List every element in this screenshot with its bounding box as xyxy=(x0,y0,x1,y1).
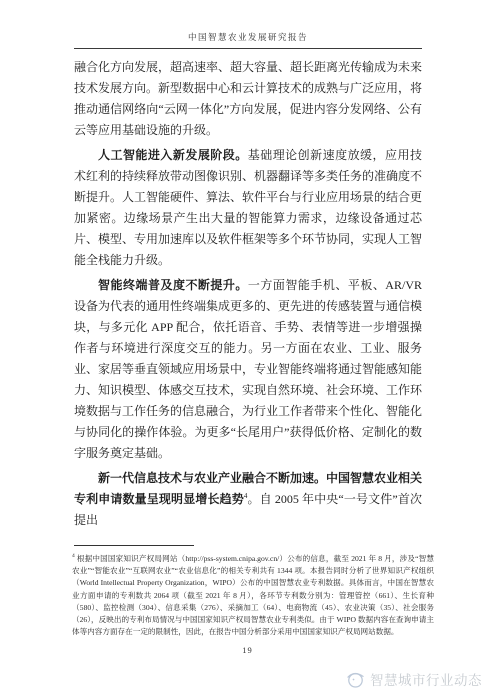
swirl-logo-icon xyxy=(346,670,365,689)
page-number: 19 xyxy=(0,645,495,655)
paragraph-lead: 人工智能进入新发展阶段。 xyxy=(98,148,248,162)
paragraph-text: 一方面智能手机、平板、AR/VR 设备为代表的通用性终端集成更多的、更先进的传感… xyxy=(74,278,422,460)
paragraph: 新一代信息技术与农业产业融合不断加速。中国智慧农业相关专利申请数量呈现明显增长趋… xyxy=(74,468,422,531)
paragraph-lead: 智能终端普及度不断提升。 xyxy=(98,278,248,292)
watermark: 智慧城市行业动态 xyxy=(346,669,482,689)
paragraph-text: 融合化方向发展，超高速率、超大容量、超长距离光传输成为未来技术发展方向。新型数据… xyxy=(74,60,422,137)
paragraph-continued: 融合化方向发展，超高速率、超大容量、超长距离光传输成为未来技术发展方向。新型数据… xyxy=(74,57,422,141)
running-header: 中国智慧农业发展研究报告 xyxy=(74,31,422,49)
document-page: 中国智慧农业发展研究报告 融合化方向发展，超高速率、超大容量、超长距离光传输成为… xyxy=(0,0,495,700)
watermark-label: 智慧城市行业动态 xyxy=(370,669,482,689)
report-title: 中国智慧农业发展研究报告 xyxy=(74,31,422,49)
footnote-text: 根据中国国家知识产权局网站（http://pss-system.cnipa.go… xyxy=(72,554,434,636)
body-text: 融合化方向发展，超高速率、超大容量、超长距离光传输成为未来技术发展方向。新型数据… xyxy=(74,57,422,531)
paragraph-text: 基础理论创新速度放缓，应用技术红利的持续释放带动图像识别、机器翻译等多类任务的准… xyxy=(74,148,422,267)
paragraph: 人工智能进入新发展阶段。基础理论创新速度放缓，应用技术红利的持续释放带动图像识别… xyxy=(74,145,422,271)
footnote-separator xyxy=(74,545,194,546)
footnote: 4根据中国国家知识产权局网站（http://pss-system.cnipa.g… xyxy=(72,553,434,638)
footnote-marker: 4 xyxy=(72,553,75,559)
paragraph: 智能终端普及度不断提升。一方面智能手机、平板、AR/VR 设备为代表的通用性终端… xyxy=(74,275,422,464)
